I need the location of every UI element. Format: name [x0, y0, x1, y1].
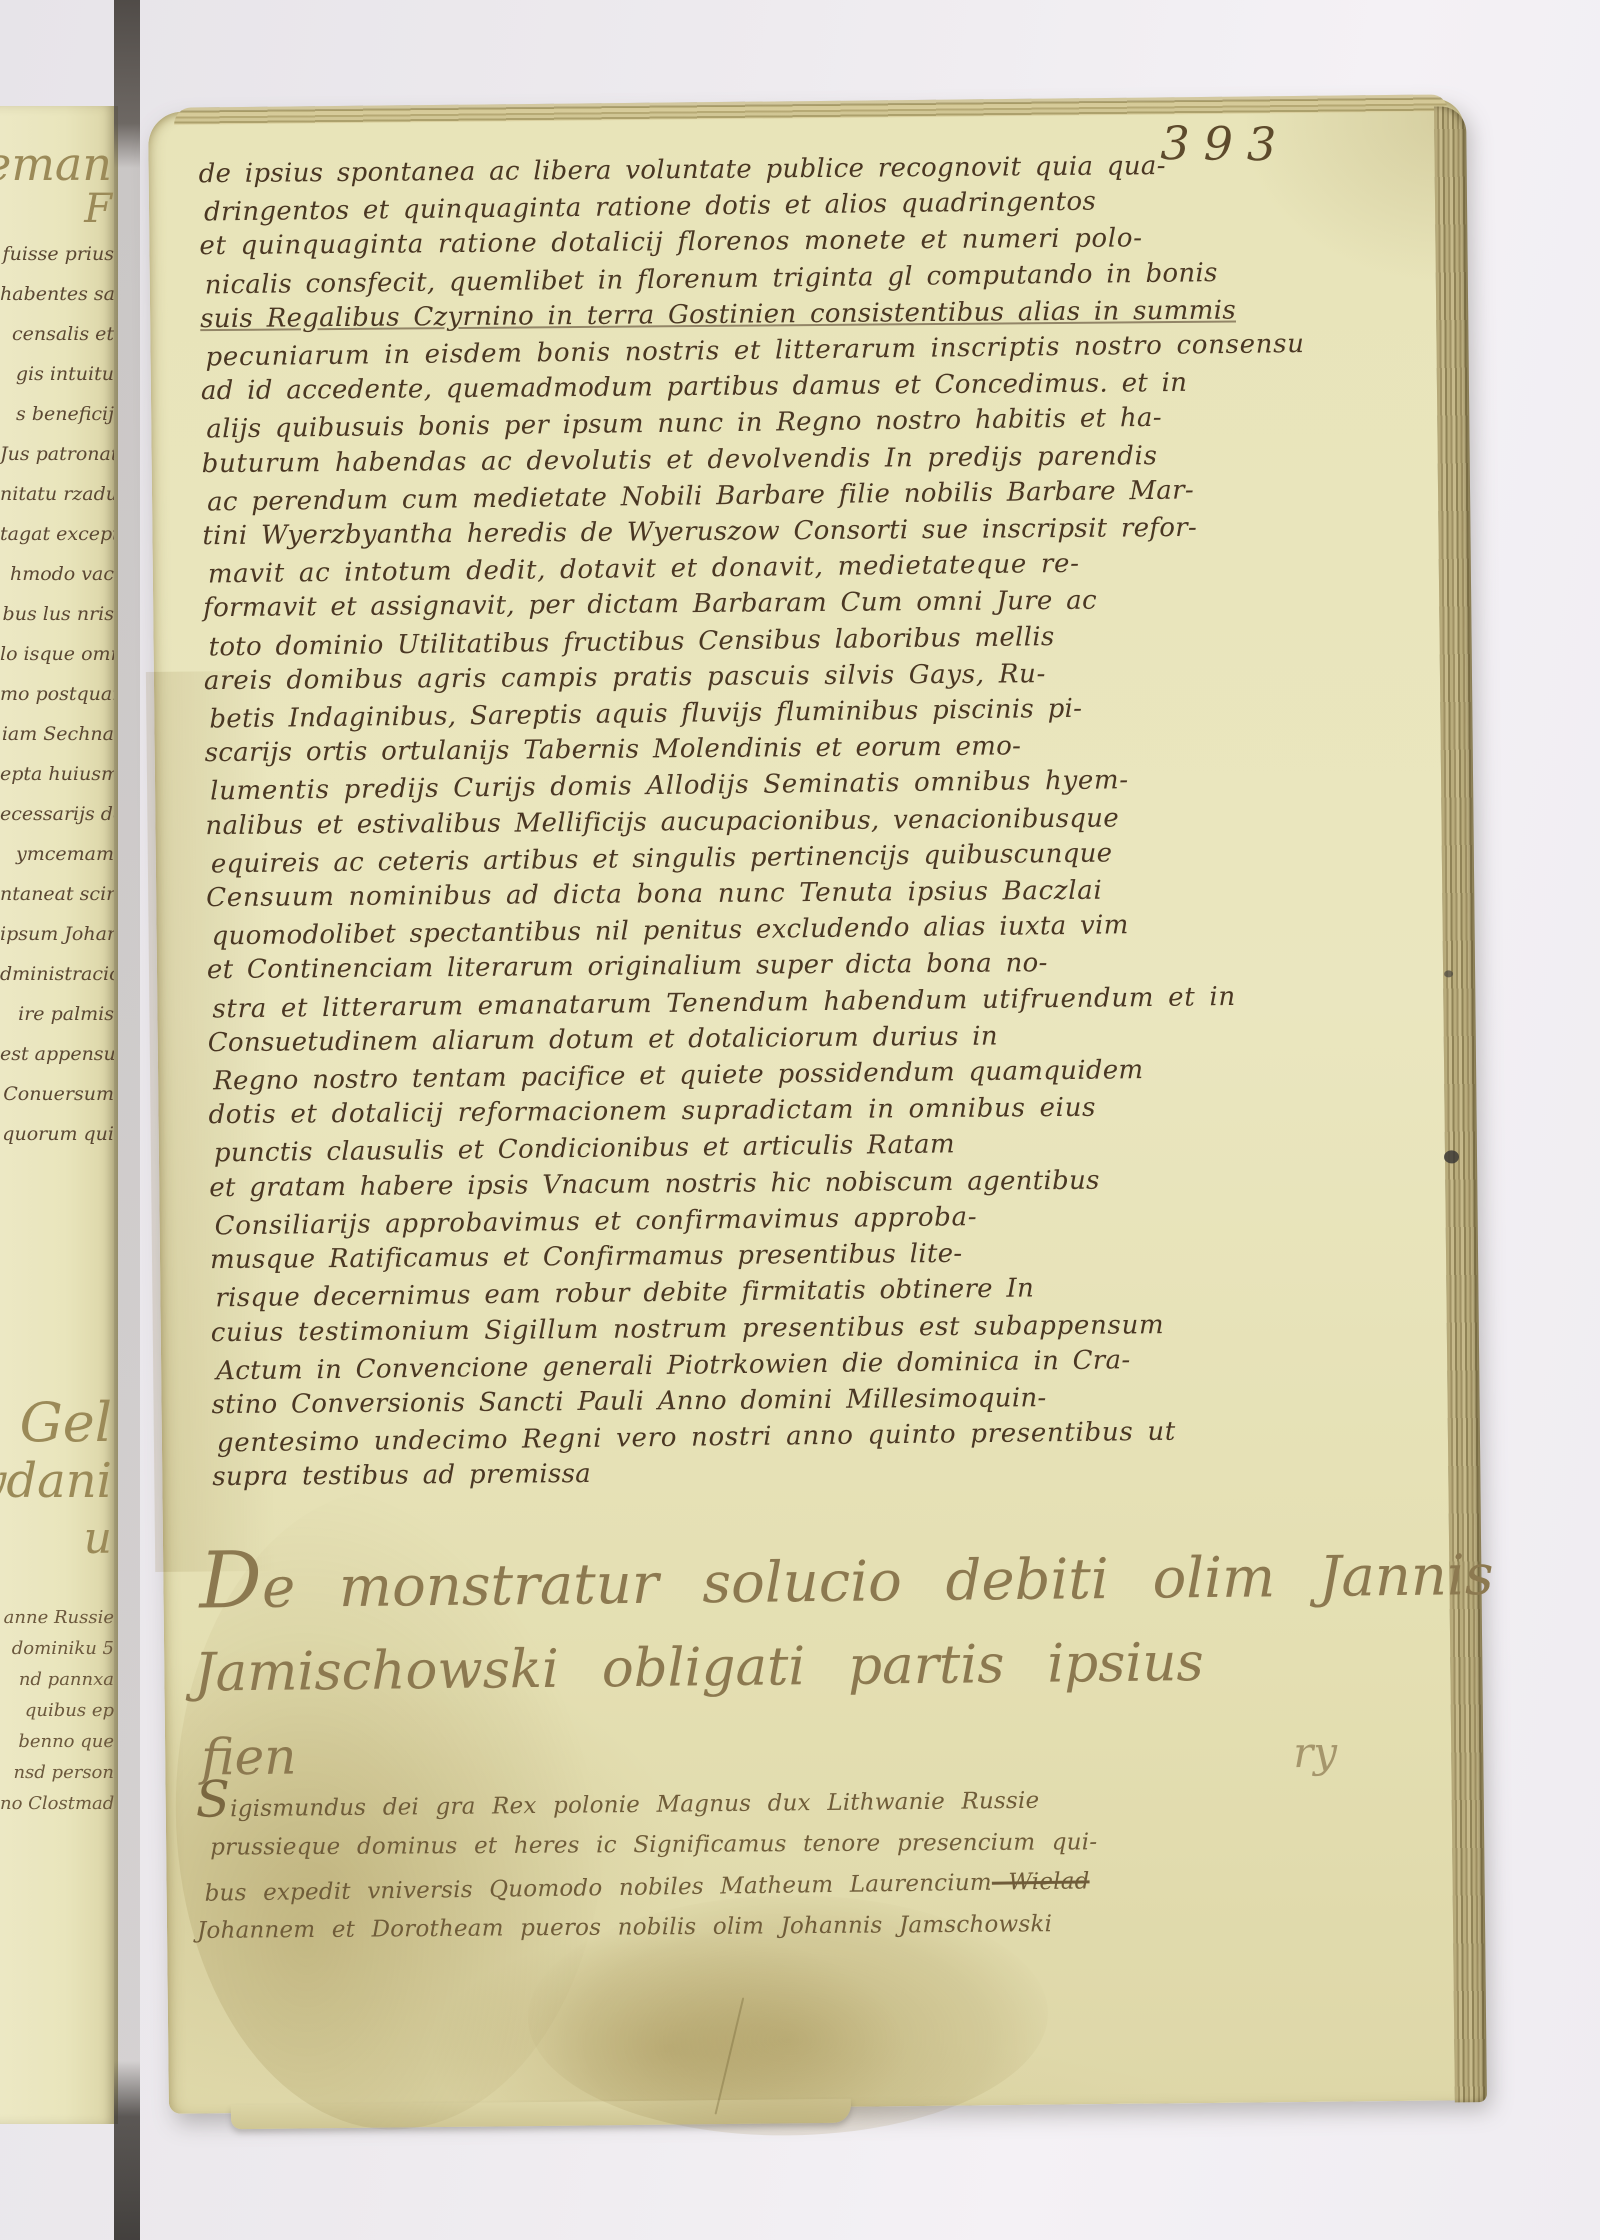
facing-text-fragment: tagat excepta: [0, 514, 114, 554]
facing-text-fragment: iam Sechna: [0, 714, 114, 754]
fore-edge-ink-spot: [1444, 970, 1453, 977]
facing-page-heading-fragments-lower: Gelydaniu: [0, 1394, 112, 1568]
photo-background: emanF fuisse priushabentes sacramcensali…: [0, 0, 1600, 2240]
facing-text-fragment: dministracionem: [0, 954, 114, 994]
facing-text-fragment: no Clostmad: [0, 1788, 114, 1819]
main-text-block: de ipsius spontanea ac libera voluntate …: [198, 145, 1436, 1497]
facing-display-fragment: eman: [0, 140, 112, 188]
facing-display-fragment: u: [0, 1510, 112, 1568]
facing-text-fragment: lo isque omnibus: [0, 634, 114, 674]
struck-word: Wielad: [992, 1868, 1090, 1895]
facing-text-fragment: anne Russie: [0, 1602, 114, 1633]
facing-text-fragment: nitatu rzadu: [0, 474, 114, 514]
facing-text-fragment: est appensum: [0, 1034, 114, 1074]
manuscript-text-line: Johannem et Dorotheam pueros nobilis oli…: [197, 1901, 1477, 1952]
facing-text-fragment: ire palmis: [0, 994, 114, 1034]
facing-text-fragment: nd pannxa: [0, 1664, 114, 1695]
heading-line: Jamischowski obligati partis ipsius: [194, 1618, 1471, 1715]
parchment-crease: [715, 1997, 745, 2114]
facing-display-fragment: Gel: [0, 1394, 112, 1452]
gutter-clamp-strip: [114, 0, 140, 2240]
facing-page-text-fragments-upper: fuisse priushabentes sacramcensalis etgi…: [0, 234, 114, 1154]
facing-text-fragment: mo postquam: [0, 674, 114, 714]
facing-text-fragment: Conuersum: [0, 1074, 114, 1114]
torn-bottom-edge: [231, 2099, 851, 2129]
facing-text-fragment: censalis et: [0, 314, 114, 354]
entry-heading: De monstratur solucio debiti olim Jannis…: [199, 1526, 1472, 1799]
fore-edge-ink-spot: [1444, 1150, 1459, 1163]
facing-text-fragment: quibus ep: [0, 1695, 114, 1726]
manuscript-page: 393 de ipsius spontanea ac libera volunt…: [148, 98, 1485, 2114]
facing-text-fragment: Jus patronat: [0, 434, 114, 474]
facing-text-fragment: bus lus nris: [0, 594, 114, 634]
facing-page-edge: emanF fuisse priushabentes sacramcensali…: [0, 106, 118, 2124]
facing-text-fragment: gis intuitu: [0, 354, 114, 394]
second-entry-text-block: Sigismundus dei gra Rex polonie Magnus d…: [195, 1766, 1477, 1953]
facing-text-fragment: ymcemam: [0, 834, 114, 874]
facing-text-fragment: ipsum Johann: [0, 914, 114, 954]
facing-page-heading-fragments: emanF: [0, 140, 112, 230]
facing-text-fragment: benno que: [0, 1726, 114, 1757]
facing-page-text-fragments-lower: anne Russiedominiku 5nd pannxaquibus epb…: [0, 1602, 114, 1819]
heading-line: De monstratur solucio debiti olim Jannis: [199, 1526, 1470, 1631]
facing-text-fragment: hmodo vac: [0, 554, 114, 594]
facing-display-fragment: F: [0, 188, 112, 230]
facing-text-fragment: s beneficij: [0, 394, 114, 434]
facing-text-fragment: quorum qui: [0, 1114, 114, 1154]
facing-text-fragment: epta huiusmodi: [0, 754, 114, 794]
facing-text-fragment: ntaneat scir: [0, 874, 114, 914]
facing-text-fragment: nsd person: [0, 1757, 114, 1788]
facing-text-fragment: fuisse prius: [0, 234, 114, 274]
facing-text-fragment: dominiku 5: [0, 1633, 114, 1664]
facing-text-fragment: habentes sacram: [0, 274, 114, 314]
facing-text-fragment: ecessarijs dona: [0, 794, 114, 834]
facing-display-fragment: ydani: [0, 1452, 112, 1510]
